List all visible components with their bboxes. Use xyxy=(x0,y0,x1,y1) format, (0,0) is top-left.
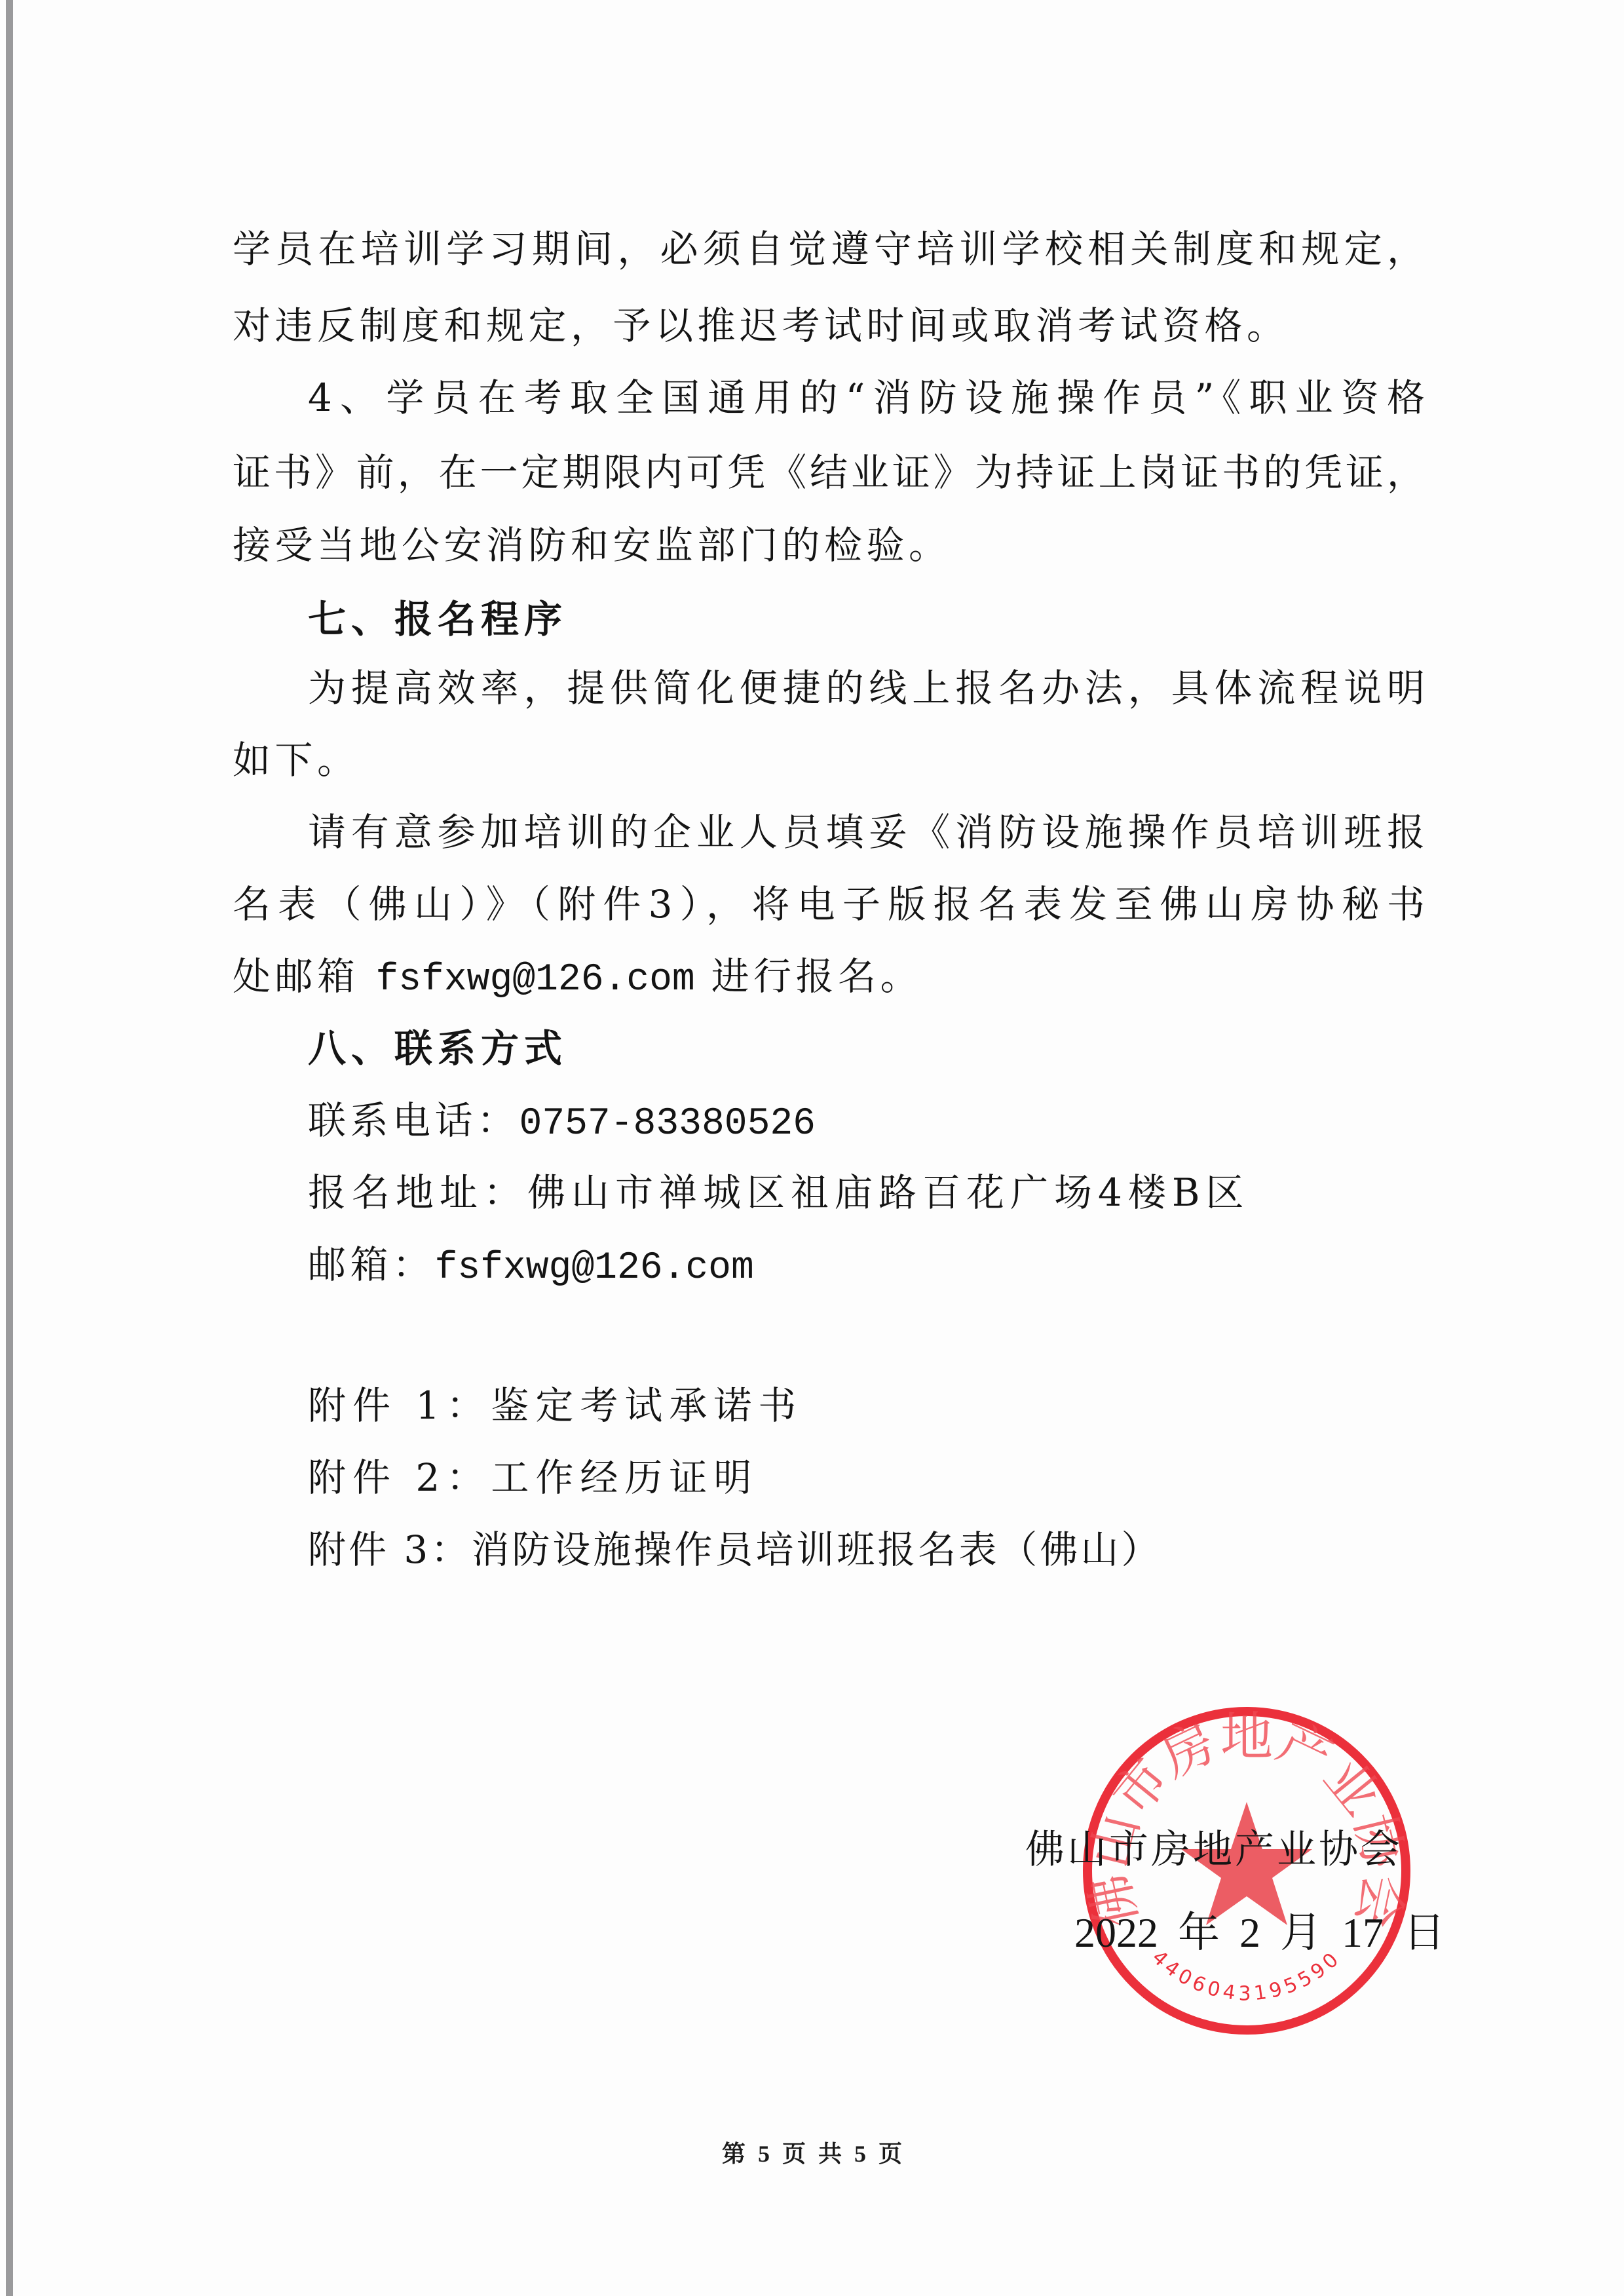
paragraph-line: 4、学员在考取全国通用的“消防设施操作员”《职业资格 xyxy=(308,375,1425,421)
attachment-title: 工作经历证明 xyxy=(491,1455,758,1500)
scan-edge-line xyxy=(6,0,13,2296)
signing-date: 2022 年 2 月 17 日 xyxy=(1074,1910,1445,1956)
paragraph-line: 对违反制度和规定，予以推迟考试时间或取消考试资格。 xyxy=(233,303,1289,349)
signing-organization: 佛山市房地产业协会 xyxy=(1025,1827,1403,1873)
contact-email: 邮箱：fsfxwg@126.com xyxy=(308,1242,754,1288)
attachment-item: 附件 2：工作经历证明 xyxy=(308,1455,758,1501)
page-number: 第 5 页 共 5 页 xyxy=(0,2137,1624,2170)
attachment-title: 消防设施操作员培训班报名表（佛山） xyxy=(471,1527,1161,1572)
paragraph-line: 如下。 xyxy=(233,737,360,783)
attachment-label: 附件 1： xyxy=(308,1383,491,1428)
attachment-item: 附件 3：消防设施操作员培训班报名表（佛山） xyxy=(308,1527,1161,1573)
contact-label: 报名地址： xyxy=(308,1170,527,1215)
email-link[interactable]: fsfxwg@126.com xyxy=(435,1247,754,1290)
paragraph-line: 接受当地公安消防和安监部门的检验。 xyxy=(233,522,951,568)
section-heading-registration: 七、报名程序 xyxy=(308,596,567,642)
paragraph-line: 学员在培训学习期间，必须自觉遵守培训学校相关制度和规定， xyxy=(233,226,1425,272)
paragraph-line: 名表（佛山）》（附件3），将电子版报名表发至佛山房协秘书 xyxy=(233,881,1425,927)
attachment-title: 鉴定考试承诺书 xyxy=(491,1383,803,1428)
attachment-label: 附件 3： xyxy=(308,1527,471,1572)
email-link[interactable]: fsfxwg@126.com xyxy=(375,959,694,1001)
address-value: 佛山市禅城区祖庙路百花广场4楼B区 xyxy=(527,1170,1250,1215)
contact-address: 报名地址：佛山市禅城区祖庙路百花广场4楼B区 xyxy=(308,1170,1250,1215)
text-fragment: 处邮箱 xyxy=(233,954,375,999)
contact-label: 邮箱： xyxy=(308,1242,435,1287)
attachment-label: 附件 2： xyxy=(308,1455,491,1500)
contact-label: 联系电话： xyxy=(308,1098,519,1143)
paragraph-line: 证书》前，在一定期限内可凭《结业证》为持证上岗证书的凭证， xyxy=(233,450,1425,495)
phone-value: 0757-83380526 xyxy=(519,1103,816,1145)
attachment-item: 附件 1：鉴定考试承诺书 xyxy=(308,1383,803,1428)
paragraph-line: 为提高效率，提供简化便捷的线上报名办法，具体流程说明 xyxy=(308,665,1425,711)
paragraph-line: 处邮箱 fsfxwg@126.com 进行报名。 xyxy=(233,953,922,999)
section-heading-contact: 八、联系方式 xyxy=(308,1025,567,1071)
contact-phone: 联系电话：0757-83380526 xyxy=(308,1098,816,1143)
text-fragment: 进行报名。 xyxy=(695,954,922,999)
paragraph-line: 请有意参加培训的企业人员填妥《消防设施操作员培训班报 xyxy=(308,809,1425,855)
